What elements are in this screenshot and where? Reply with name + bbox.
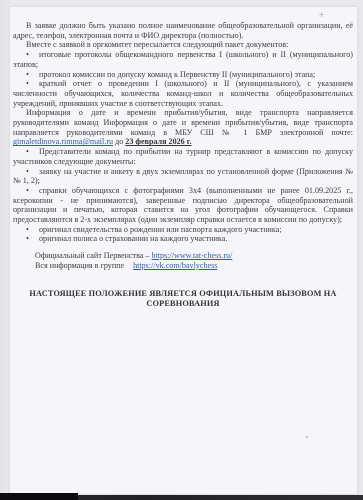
paragraph-arrival-info: Информация о дате и времени прибытия/убы… <box>13 108 353 147</box>
official-site-link[interactable]: https://www.tat-chess.ru/ <box>152 251 233 260</box>
official-call-heading: НАСТОЯЩЕЕ ПОЛОЖЕНИЕ ЯВЛЯЕТСЯ ОФИЦИАЛЬНЫМ… <box>28 289 338 309</box>
list-item: •Представители команд по прибытии на тур… <box>13 147 353 166</box>
vk-group-label: Вся информация в группе <box>35 261 124 270</box>
bullet-icon: • <box>26 234 39 244</box>
list-item: •заявку на участие и анкету в двух экзем… <box>13 167 353 186</box>
list-item: справки обучающихся с фотографиями 3х4 (… <box>13 186 353 225</box>
list-item-text: краткий отчет о проведении I (школьного)… <box>13 79 353 107</box>
document-body-text: В заявке должно быть указано полное наим… <box>13 21 353 309</box>
official-site-line: Официальный сайт Первенства – https://ww… <box>35 251 353 261</box>
scan-artifact-cross <box>319 12 324 17</box>
bullet-icon: • <box>26 167 39 177</box>
list-item: •протокол комиссии по допуску команд к П… <box>13 70 353 80</box>
bullet-icon: • <box>26 70 39 80</box>
arrival-info-text: Информация о дате и времени прибытия/убы… <box>13 108 353 136</box>
email-link[interactable]: gimaletdinova.rimma@mail.ru <box>13 137 113 146</box>
arrival-info-middle: до <box>113 137 125 146</box>
scan-bottom-corner <box>0 493 78 500</box>
list-item: •оригинал свидетельства о рождении или п… <box>13 225 353 235</box>
document-page: В заявке должно быть указано полное наим… <box>10 7 357 494</box>
vk-group-link[interactable]: https://vk.com/bavlychess <box>133 261 217 270</box>
bullet-icon: • <box>26 225 39 235</box>
scanned-document: В заявке должно быть указано полное наим… <box>0 0 363 500</box>
list-item: •краткий отчет о проведении I (школьного… <box>13 79 353 108</box>
bullet-icon: • <box>26 79 39 89</box>
list-item-text: оригинал полиса о страховании на каждого… <box>39 234 227 243</box>
scan-speck <box>306 436 308 438</box>
list-item-text: оригинал свидетельства о рождении или па… <box>39 225 282 234</box>
deadline-date: 23 февраля 2026 г. <box>125 137 191 146</box>
paragraph-package-intro: Вместе с заявкой в оргкомитет пересылает… <box>13 40 353 50</box>
list-item: •оригинал полиса о страховании на каждог… <box>13 234 353 244</box>
official-site-label: Официальный сайт Первенства – <box>35 251 152 260</box>
list-item-text: итоговые протоколы общекомандного первен… <box>13 50 353 69</box>
bullet-icon: • <box>26 186 39 196</box>
vk-group-line: Вся информация в группеhttps://vk.com/ba… <box>35 261 353 271</box>
list-item-text: Представители команд по прибытии на турн… <box>13 147 353 166</box>
list-item-text: заявку на участие и анкету в двух экземп… <box>13 167 353 186</box>
bullet-icon: • <box>26 147 39 157</box>
list-item: •итоговые протоколы общекомандного перве… <box>13 50 353 69</box>
bullet-icon: • <box>26 50 39 60</box>
paragraph-application-requirements: В заявке должно быть указано полное наим… <box>13 21 353 40</box>
list-item-text: справки обучающихся с фотографиями 3х4 (… <box>13 186 353 224</box>
list-item-text: протокол комиссии по допуску команд к Пе… <box>39 70 315 79</box>
links-block: Официальный сайт Первенства – https://ww… <box>35 251 353 270</box>
